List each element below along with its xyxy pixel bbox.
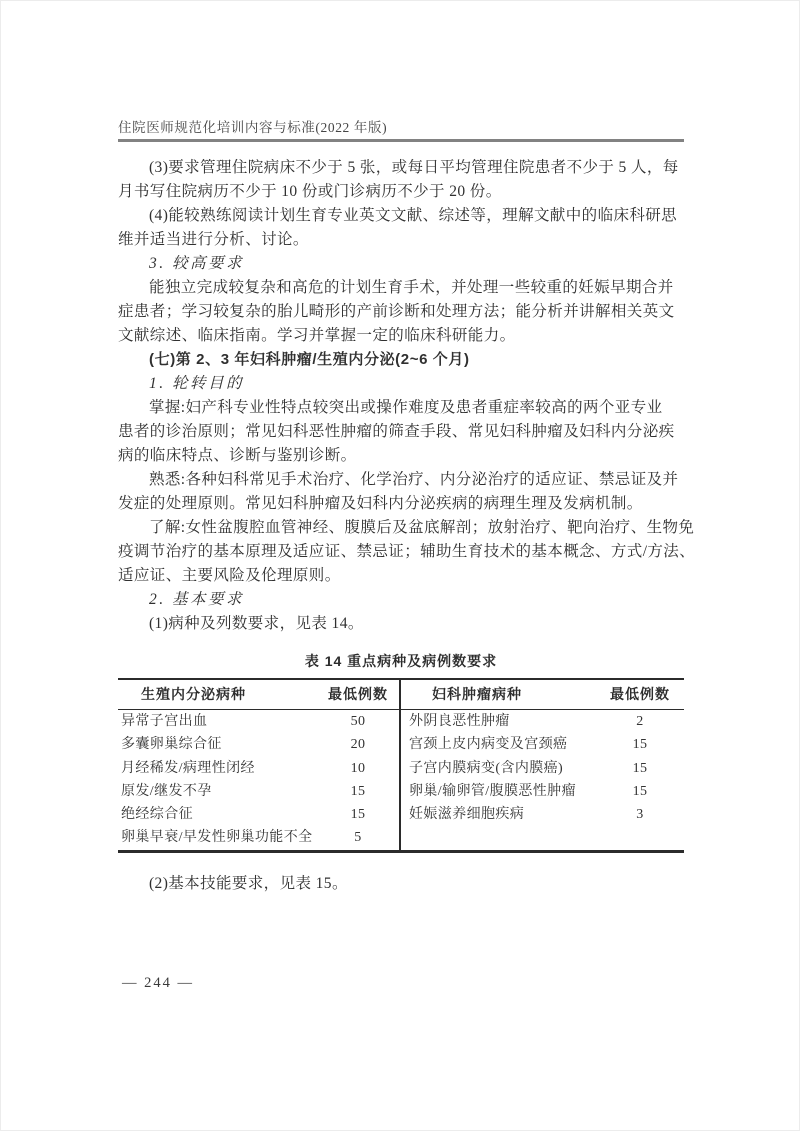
min-cases-cell: 15 bbox=[596, 757, 684, 780]
min-cases-cell: 15 bbox=[317, 780, 399, 803]
paragraph-line: 疫调节治疗的基本原理及适应证、禁忌证；辅助生育技术的基本概念、方式/方法、 bbox=[118, 540, 690, 564]
document-page: 住院医师规范化培训内容与标准(2022 年版) (3)要求管理住院病床不少于 5… bbox=[0, 0, 800, 1131]
running-header: 住院医师规范化培训内容与标准(2022 年版) bbox=[118, 116, 387, 136]
paragraph-line: (1)病种及列数要求，见表 14。 bbox=[118, 612, 690, 636]
disease-name-cell bbox=[401, 826, 596, 849]
table-row bbox=[401, 826, 684, 849]
disease-name-cell: 宫颈上皮内病变及宫颈癌 bbox=[401, 733, 596, 756]
table-row: 妊娠滋养细胞疾病3 bbox=[401, 803, 684, 826]
min-cases-cell bbox=[596, 826, 684, 849]
disease-name-cell: 卵巢早衰/早发性卵巢功能不全 bbox=[118, 826, 317, 849]
disease-column-header: 生殖内分泌病种 bbox=[118, 680, 317, 709]
disease-name-cell: 异常子宫出血 bbox=[118, 710, 317, 733]
min-cases-cell: 15 bbox=[317, 803, 399, 826]
paragraph-line: 月书写住院病历不少于 10 份或门诊病历不少于 20 份。 bbox=[118, 180, 690, 204]
sub-heading: 3. 较高要求 bbox=[118, 252, 690, 276]
paragraph-line: 病的临床特点、诊断与鉴别诊断。 bbox=[118, 444, 690, 468]
min-cases-cell: 3 bbox=[596, 803, 684, 826]
table-row: 子宫内膜病变(含内膜癌)15 bbox=[401, 757, 684, 780]
sub-heading: 2. 基本要求 bbox=[118, 588, 690, 612]
paragraph-line: 文献综述、临床指南。学习并掌握一定的临床科研能力。 bbox=[118, 324, 690, 348]
paragraph-line: 能独立完成较复杂和高危的计划生育手术，并处理一些较重的妊娠早期合并 bbox=[118, 276, 690, 300]
min-cases-cell: 5 bbox=[317, 826, 399, 849]
disease-name-cell: 绝经综合征 bbox=[118, 803, 317, 826]
table-row: 卵巢早衰/早发性卵巢功能不全5 bbox=[118, 826, 399, 849]
min-cases-cell: 2 bbox=[596, 710, 684, 733]
paragraph-line: (3)要求管理住院病床不少于 5 张，或每日平均管理住院患者不少于 5 人，每 bbox=[118, 156, 690, 180]
after-table-paragraph: (2)基本技能要求，见表 15。 bbox=[118, 872, 684, 896]
table-row: 原发/继发不孕15 bbox=[118, 780, 399, 803]
table-header-row: 妇科肿瘤病种最低例数 bbox=[401, 680, 684, 710]
sub-heading: 1. 轮转目的 bbox=[118, 372, 690, 396]
paragraph-line: 掌握:妇产科专业性特点较突出或操作难度及患者重症率较高的两个亚专业 bbox=[118, 396, 690, 420]
min-cases-cell: 50 bbox=[317, 710, 399, 733]
table-caption: 表 14 重点病种及病例数要求 bbox=[118, 650, 684, 672]
paragraph-line: 适应证、主要风险及伦理原则。 bbox=[118, 564, 690, 588]
table-row: 多囊卵巢综合征20 bbox=[118, 733, 399, 756]
table-left-half: 生殖内分泌病种最低例数异常子宫出血50多囊卵巢综合征20月经稀发/病理性闭经10… bbox=[118, 680, 401, 850]
paragraph-line: 熟悉:各种妇科常见手术治疗、化学治疗、内分泌治疗的适应证、禁忌证及并 bbox=[118, 468, 690, 492]
min-cases-cell: 15 bbox=[596, 780, 684, 803]
table-row: 绝经综合征15 bbox=[118, 803, 399, 826]
disease-name-cell: 妊娠滋养细胞疾病 bbox=[401, 803, 596, 826]
paragraph-line: (4)能较熟练阅读计划生育专业英文文献、综述等，理解文献中的临床科研思 bbox=[118, 204, 690, 228]
paragraph-line: 症患者；学习较复杂的胎儿畸形的产前诊断和处理方法；能分析并讲解相关英文 bbox=[118, 300, 690, 324]
table-row: 异常子宫出血50 bbox=[118, 710, 399, 733]
disease-name-cell: 多囊卵巢综合征 bbox=[118, 733, 317, 756]
min-cases-cell: 20 bbox=[317, 733, 399, 756]
paragraph-line: 发症的处理原则。常见妇科肿瘤及妇科内分泌疾病的病理生理及发病机制。 bbox=[118, 492, 690, 516]
table-header-row: 生殖内分泌病种最低例数 bbox=[118, 680, 399, 710]
table-row: 卵巢/输卵管/腹膜恶性肿瘤15 bbox=[401, 780, 684, 803]
page-number: — 244 — bbox=[122, 975, 194, 992]
table-row: 外阴良恶性肿瘤2 bbox=[401, 710, 684, 733]
disease-name-cell: 原发/继发不孕 bbox=[118, 780, 317, 803]
paragraph-line: 维并适当进行分析、讨论。 bbox=[118, 228, 690, 252]
section-heading: (七)第 2、3 年妇科肿瘤/生殖内分泌(2~6 个月) bbox=[118, 348, 690, 372]
header-rule bbox=[118, 139, 684, 142]
table-14: 生殖内分泌病种最低例数异常子宫出血50多囊卵巢综合征20月经稀发/病理性闭经10… bbox=[118, 678, 684, 853]
table-right-half: 妇科肿瘤病种最低例数外阴良恶性肿瘤2宫颈上皮内病变及宫颈癌15子宫内膜病变(含内… bbox=[401, 680, 684, 850]
paragraph-line: 了解:女性盆腹腔血管神经、腹膜后及盆底解剖；放射治疗、靶向治疗、生物免 bbox=[118, 516, 690, 540]
table-row: 月经稀发/病理性闭经10 bbox=[118, 757, 399, 780]
running-header-title: 住院医师规范化培训内容与标准(2022 年版) bbox=[118, 120, 387, 135]
disease-column-header: 妇科肿瘤病种 bbox=[401, 680, 596, 709]
disease-name-cell: 外阴良恶性肿瘤 bbox=[401, 710, 596, 733]
disease-name-cell: 卵巢/输卵管/腹膜恶性肿瘤 bbox=[401, 780, 596, 803]
min-cases-column-header: 最低例数 bbox=[596, 680, 684, 709]
disease-name-cell: 子宫内膜病变(含内膜癌) bbox=[401, 757, 596, 780]
min-cases-column-header: 最低例数 bbox=[317, 680, 399, 709]
min-cases-cell: 15 bbox=[596, 733, 684, 756]
body-text: (3)要求管理住院病床不少于 5 张，或每日平均管理住院患者不少于 5 人，每月… bbox=[118, 156, 690, 636]
min-cases-cell: 10 bbox=[317, 757, 399, 780]
table-row: 宫颈上皮内病变及宫颈癌15 bbox=[401, 733, 684, 756]
disease-name-cell: 月经稀发/病理性闭经 bbox=[118, 757, 317, 780]
paragraph-line: 患者的诊治原则；常见妇科恶性肿瘤的筛查手段、常见妇科肿瘤及妇科内分泌疾 bbox=[118, 420, 690, 444]
